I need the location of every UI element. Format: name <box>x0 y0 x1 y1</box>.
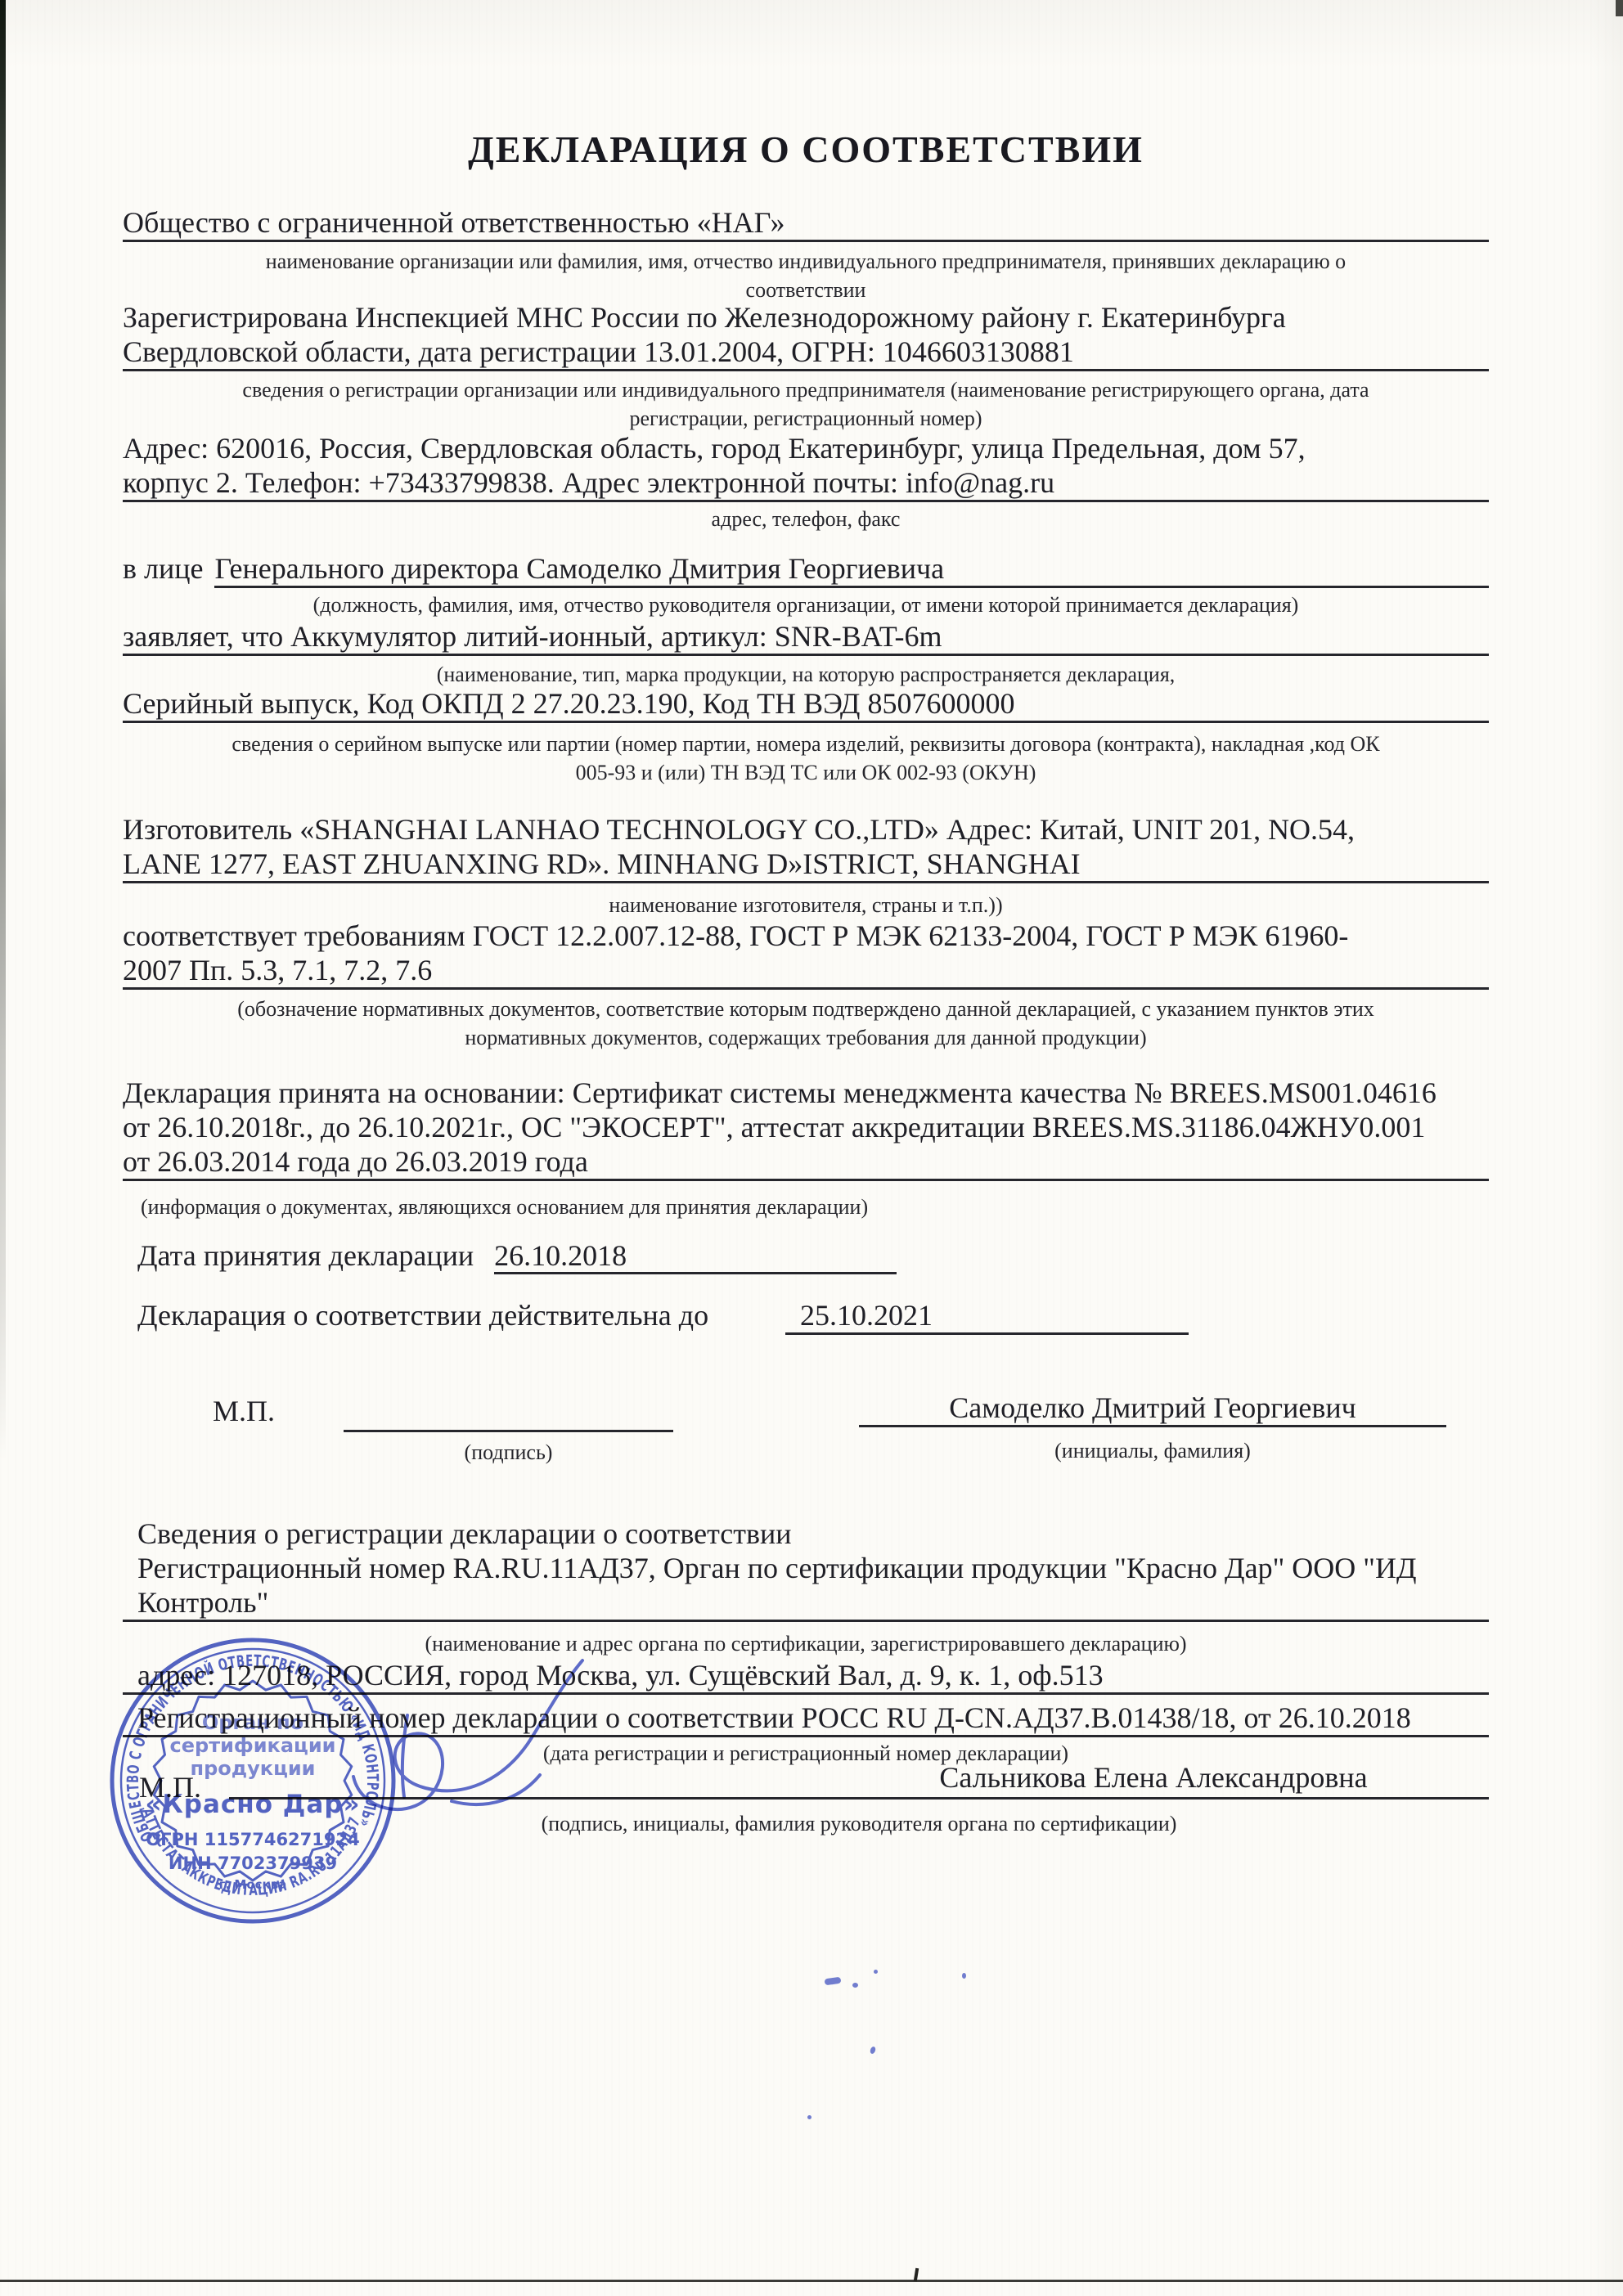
standards-section: соответствует требованиям ГОСТ 12.2.007.… <box>123 919 1489 1052</box>
ink-speck <box>807 2115 811 2119</box>
basis-section: Декларация принята на основании: Сертифи… <box>123 1076 1489 1221</box>
manufacturer-caption: наименование изготовителя, страны и т.п.… <box>123 891 1489 919</box>
ink-speck <box>870 2046 877 2055</box>
product-line: заявляет, что Аккумулятор литий-ионный, … <box>123 619 1489 656</box>
standards-caption-line2: нормативных документов, содержащих требо… <box>123 1023 1489 1052</box>
stamp-ogrn: ОГРН 1157746271924 <box>146 1830 359 1849</box>
stamp-city: г. Москва <box>219 1877 287 1892</box>
valid-until-section: Декларация о соответствии действительна … <box>123 1298 1489 1332</box>
serial-caption-line1: сведения о серийном выпуске или партии (… <box>123 730 1489 758</box>
product-section: заявляет, что Аккумулятор литий-ионный, … <box>123 619 1489 689</box>
basis-line2: от 26.10.2018г., до 26.10.2021г., ОС "ЭК… <box>123 1110 1489 1144</box>
adoption-date-section: Дата принятия декларации 26.10.2018 <box>123 1238 1489 1273</box>
signature-stroke-tail <box>402 1715 407 1797</box>
declarant-name: Общество с ограниченной ответственностью… <box>123 205 1489 242</box>
adoption-date-label: Дата принятия декларации <box>137 1239 474 1272</box>
adoption-date-value: 26.10.2018 <box>494 1239 897 1274</box>
stamp-inn: ИНН 7702379939 <box>169 1853 337 1873</box>
scanned-declaration-page: ДЕКЛАРАЦИЯ О СООТВЕТСТВИИ Общество с огр… <box>0 0 1623 2296</box>
stamp-org-line3: продукции <box>191 1757 316 1780</box>
basis-line1: Декларация принята на основании: Сертифи… <box>123 1076 1489 1110</box>
stamp-org-line2: сертификации <box>170 1734 336 1757</box>
stamp-org-line1: Орган по <box>202 1711 303 1734</box>
product-caption: (наименование, тип, марка продукции, на … <box>123 660 1489 689</box>
scan-edge-left-artifact <box>0 0 6 1460</box>
declarant-address-section: Адрес: 620016, Россия, Свердловская обла… <box>123 431 1489 533</box>
valid-until-label: Декларация о соответствии действительна … <box>137 1299 708 1332</box>
manufacturer-section: Изготовитель «SHANGHAI LANHAO TECHNOLOGY… <box>123 812 1489 919</box>
document-title: ДЕКЛАРАЦИЯ О СООТВЕТСТВИИ <box>123 128 1489 171</box>
scan-edge-bottom-artifact <box>0 2280 1623 2282</box>
registration-body-line2: Контроль" <box>123 1585 1489 1622</box>
standards-line1: соответствует требованиям ГОСТ 12.2.007.… <box>123 919 1489 953</box>
director-section: в лице Генерального директора Самоделко … <box>123 551 1489 619</box>
ink-speck <box>825 1977 842 1986</box>
director-name: Генерального директора Самоделко Дмитрия… <box>214 551 1489 588</box>
serial-section: Серийный выпуск, Код ОКПД 2 27.20.23.190… <box>123 686 1489 787</box>
registration-caption-line1: сведения о регистрации организации или и… <box>123 375 1489 404</box>
registration-caption-line2: регистрации, регистрационный номер) <box>123 404 1489 433</box>
manufacturer-line2: LANE 1277, EAST ZHUANXING RD». MINHANG D… <box>123 847 1489 883</box>
director-prefix: в лице <box>123 551 203 586</box>
declarant-head-caption: (инициалы, фамилия) <box>859 1436 1446 1465</box>
signature-line <box>344 1430 673 1432</box>
standards-line2: 2007 Пп. 5.3, 7.1, 7.2, 7.6 <box>123 953 1489 990</box>
valid-until-value: 25.10.2021 <box>785 1298 1189 1335</box>
address-caption: адрес, телефон, факс <box>123 505 1489 533</box>
standards-caption-line1: (обозначение нормативных документов, соо… <box>123 995 1489 1023</box>
address-line2: корпус 2. Телефон: +73433799838. Адрес э… <box>123 465 1489 502</box>
registration-line2: Свердловской области, дата регистрации 1… <box>123 335 1489 371</box>
registration-line1: Зарегистрирована Инспекцией МНС России п… <box>123 300 1489 335</box>
registration-body-line1: Регистрационный номер RA.RU.11АД37, Орга… <box>123 1551 1489 1585</box>
ink-speck <box>874 1970 878 1974</box>
scan-corner-top-right-artifact <box>1616 0 1623 16</box>
handwritten-signature <box>329 1638 599 1858</box>
basis-caption: (информация о документах, являющихся осн… <box>123 1193 1489 1221</box>
declarant-signature-row: М.П. (подпись) Самоделко Дмитрий Георгие… <box>123 1391 1489 1489</box>
signature-caption: (подпись) <box>344 1438 673 1467</box>
ink-speck <box>852 1983 858 1988</box>
registration-heading: Сведения о регистрации декларации о соот… <box>123 1516 1489 1551</box>
declarant-registration-section: Зарегистрирована Инспекцией МНС России п… <box>123 300 1489 433</box>
declarant-name-section: Общество с ограниченной ответственностью… <box>123 205 1489 304</box>
stamp-place-label: М.П. <box>213 1394 275 1428</box>
declarant-name-caption-line1: наименование организации или фамилия, им… <box>123 247 1489 276</box>
serial-line: Серийный выпуск, Код ОКПД 2 27.20.23.190… <box>123 686 1489 723</box>
basis-line3: от 26.03.2014 года до 26.03.2019 года <box>123 1144 1489 1181</box>
manufacturer-line1: Изготовитель «SHANGHAI LANHAO TECHNOLOGY… <box>123 812 1489 847</box>
ink-speck <box>962 1973 966 1979</box>
declarant-head-name: Самоделко Дмитрий Георгиевич <box>859 1391 1446 1427</box>
address-line1: Адрес: 620016, Россия, Свердловская обла… <box>123 431 1489 465</box>
serial-caption-line2: 005-93 и (или) ТН ВЭД ТС или ОК 002-93 (… <box>123 758 1489 787</box>
signature-stroke-main <box>353 1660 582 1809</box>
director-caption: (должность, фамилия, имя, отчество руков… <box>123 591 1489 619</box>
